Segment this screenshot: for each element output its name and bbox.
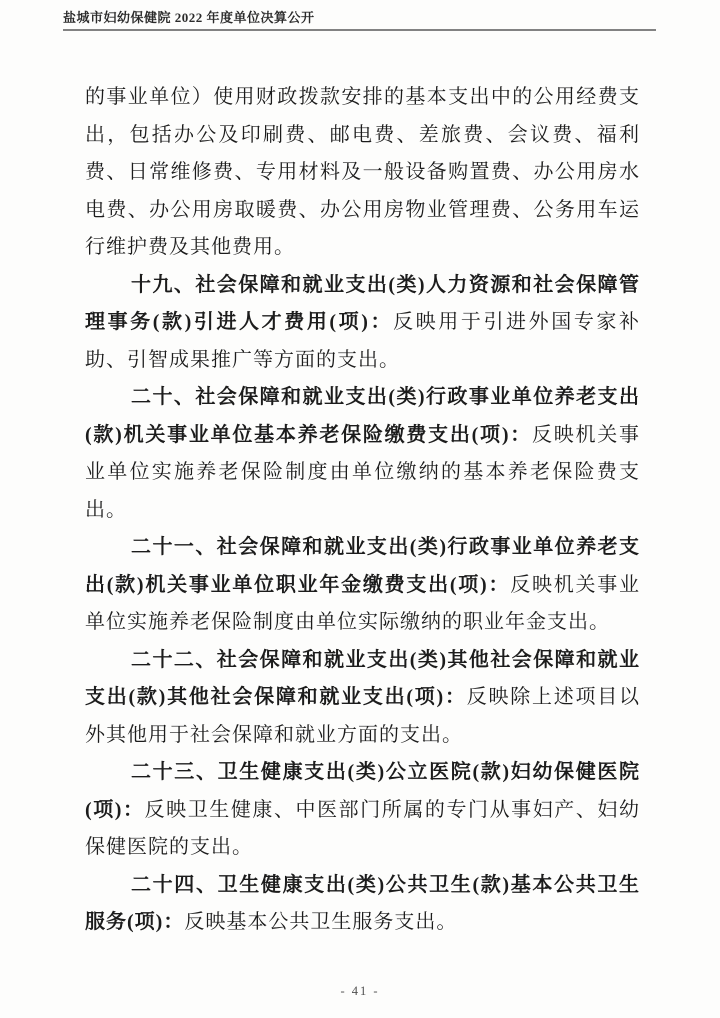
paragraph: 二十二、社会保障和就业支出(类)其他社会保障和就业支出(款)其他社会保障和就业支…: [85, 642, 640, 755]
paragraph: 十九、社会保障和就业支出(类)人力资源和社会保障管理事务(款)引进人才费用(项)…: [85, 267, 640, 380]
page-footer: - 41 -: [0, 982, 720, 1000]
paragraph: 的事业单位）使用财政拨款安排的基本支出中的公用经费支出，包括办公及印刷费、邮电费…: [85, 79, 640, 267]
page-header: 盐城市妇幼保健院 2022 年度单位决算公开: [63, 10, 656, 31]
paragraph-text: 反映卫生健康、中医部门所属的专门从事妇产、妇幼保健医院的支出。: [85, 799, 640, 859]
paragraph: 二十一、社会保障和就业支出(类)行政事业单位养老支出(款)机关事业单位职业年金缴…: [85, 529, 640, 642]
page-number: - 41 -: [340, 984, 379, 998]
paragraph: 二十四、卫生健康支出(类)公共卫生(款)基本公共卫生服务(项)：反映基本公共卫生…: [85, 867, 640, 942]
document-body: 的事业单位）使用财政拨款安排的基本支出中的公用经费支出，包括办公及印刷费、邮电费…: [85, 79, 640, 942]
paragraph: 二十、社会保障和就业支出(类)行政事业单位养老支出(款)机关事业单位基本养老保险…: [85, 379, 640, 529]
page-header-title: 盐城市妇幼保健院 2022 年度单位决算公开: [63, 10, 656, 25]
paragraph-text: 的事业单位）使用财政拨款安排的基本支出中的公用经费支出，包括办公及印刷费、邮电费…: [85, 86, 640, 258]
paragraph-text: 反映基本公共卫生服务支出。: [184, 911, 457, 933]
document-page: 盐城市妇幼保健院 2022 年度单位决算公开 的事业单位）使用财政拨款安排的基本…: [0, 0, 720, 1018]
paragraph: 二十三、卫生健康支出(类)公立医院(款)妇幼保健医院(项)：反映卫生健康、中医部…: [85, 754, 640, 867]
